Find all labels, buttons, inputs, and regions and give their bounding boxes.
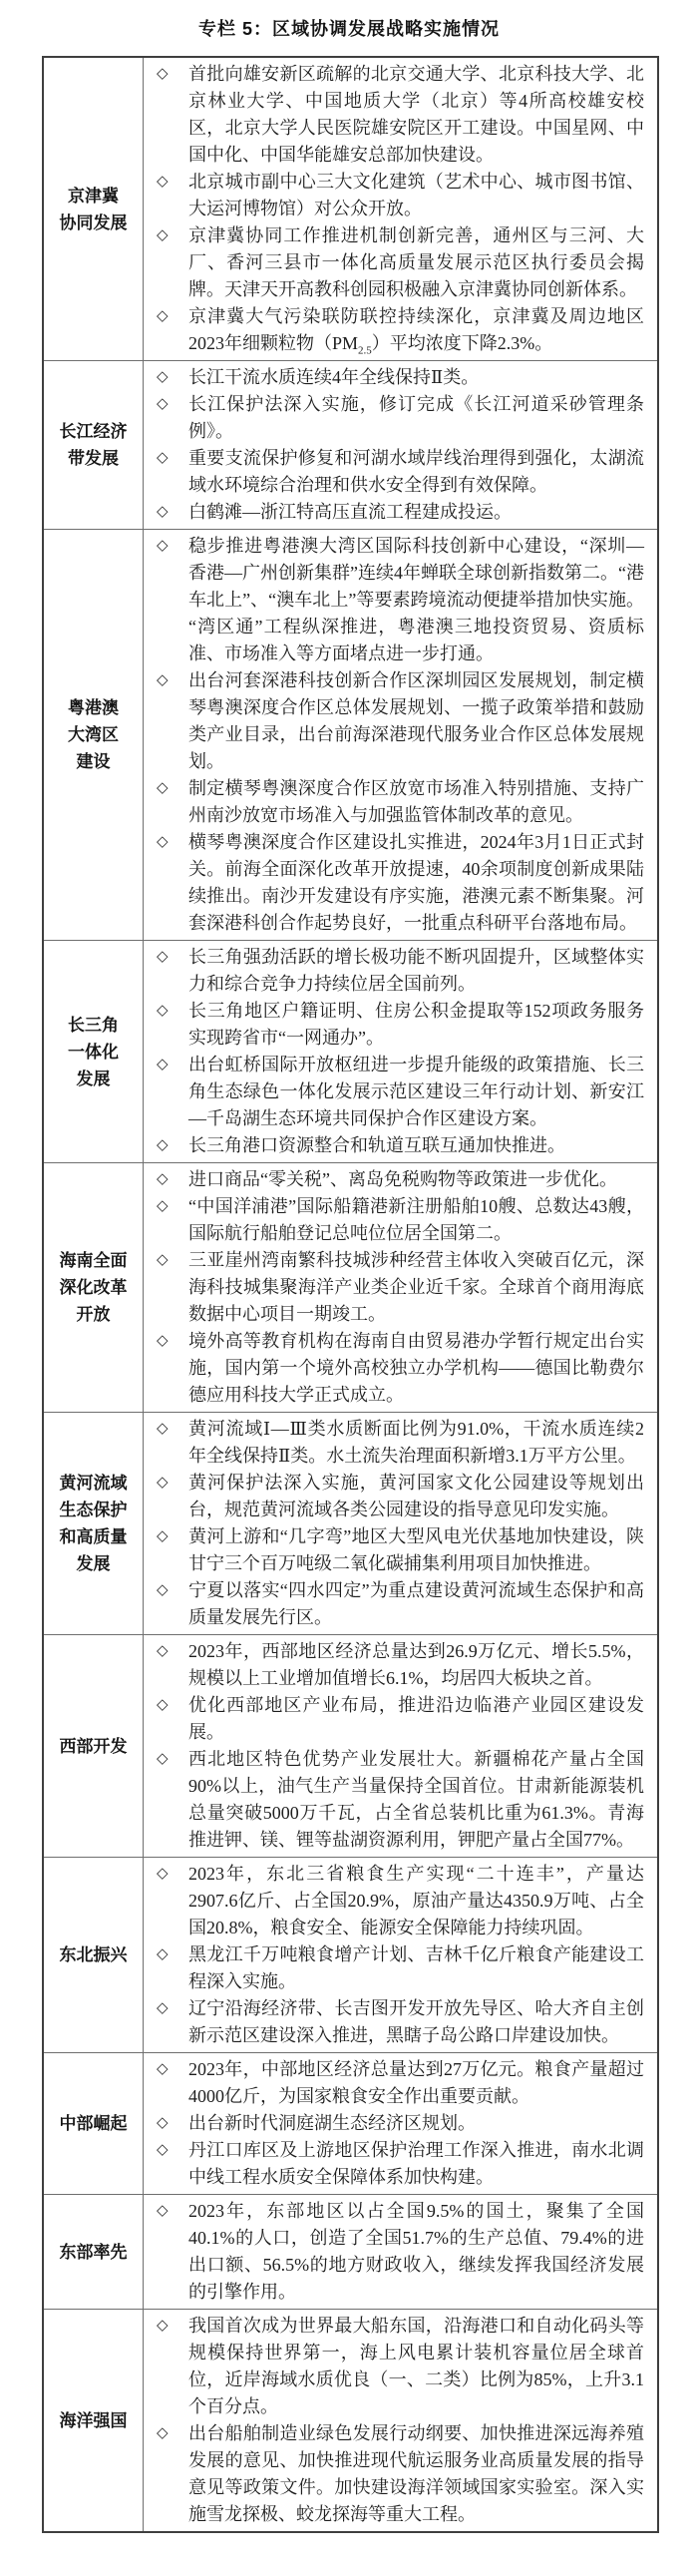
bullet-item-text: 2023年，西部地区经济总量达到26.9万亿元、增长5.5%，规模以上工业增加值… <box>188 1638 644 1692</box>
list-item: ◇制定横琴粤澳深度合作区放宽市场准入特别措施、支持广州南沙放宽市场准入与加强监管… <box>144 775 644 829</box>
diamond-bullet-icon: ◇ <box>144 775 188 802</box>
list-item: ◇出台新时代洞庭湖生态经济区规划。 <box>144 2110 644 2137</box>
list-item: ◇长三角强劲活跃的增长极功能不断巩固提升，区域整体实力和综合竞争力持续位居全国前… <box>144 944 644 998</box>
row-content: ◇稳步推进粤港澳大湾区国际科技创新中心建设，“深圳—香港—广州创新集群”连续4年… <box>144 530 657 940</box>
table-row: 长江经济带发展◇长江干流水质连续4年全线保持Ⅱ类。◇长江保护法深入实施，修订完成… <box>44 360 657 529</box>
diamond-bullet-icon: ◇ <box>144 169 188 196</box>
table-row: 东北振兴◇2023年，东北三省粮食生产实现“二十连丰”，产量达2907.6亿斤、… <box>44 1857 657 2052</box>
list-item: ◇黑龙江千万吨粮食增产计划、吉林千亿斤粮食产能建设工程深入实施。 <box>144 1941 644 1995</box>
table-row: 长三角一体化发展◇长三角强劲活跃的增长极功能不断巩固提升，区域整体实力和综合竞争… <box>44 940 657 1162</box>
pm25-subscript: 2.5 <box>358 345 372 357</box>
region-label: 东北振兴 <box>44 1858 144 2052</box>
diamond-bullet-icon: ◇ <box>144 303 188 330</box>
region-label: 海洋强国 <box>44 2310 144 2531</box>
region-label-line: 发展 <box>77 1066 111 1092</box>
bullet-item-text: 长三角港口资源整合和轨道互联互通加快推进。 <box>188 1132 644 1159</box>
region-label-line: 黄河流域 <box>60 1470 128 1497</box>
bullet-item-text: 出台船舶制造业绿色发展行动纲要、加快推进深远海养殖发展的意见、加快推进现代航运服… <box>188 2420 644 2528</box>
region-label: 长三角一体化发展 <box>44 941 144 1162</box>
list-item: ◇2023年，西部地区经济总量达到26.9万亿元、增长5.5%，规模以上工业增加… <box>144 1638 644 1692</box>
diamond-bullet-icon: ◇ <box>144 1416 188 1443</box>
list-item: ◇京津冀协同工作推进机制创新完善，通州区与三河、大厂、香河三县市一体化高质量发展… <box>144 222 644 303</box>
diamond-bullet-icon: ◇ <box>144 667 188 694</box>
region-label-line: 一体化 <box>68 1039 119 1066</box>
region-label: 中部崛起 <box>44 2053 144 2194</box>
region-label: 西部开发 <box>44 1635 144 1857</box>
bullet-item-text: 北京城市副中心三大文化建筑（艺术中心、城市图书馆、大运河博物馆）对公众开放。 <box>188 169 644 222</box>
diamond-bullet-icon: ◇ <box>144 2313 188 2340</box>
row-content: ◇长江干流水质连续4年全线保持Ⅱ类。◇长江保护法深入实施，修订完成《长江河道采砂… <box>144 361 657 529</box>
diamond-bullet-icon: ◇ <box>144 1328 188 1355</box>
bullet-item-text: 丹江口库区及上游地区保护治理工作深入推进，南水北调中线工程水质安全保障体系加快构… <box>188 2137 644 2191</box>
list-item: ◇北京城市副中心三大文化建筑（艺术中心、城市图书馆、大运河博物馆）对公众开放。 <box>144 169 644 222</box>
bullet-item-text: 黄河流域Ⅰ—Ⅲ类水质断面比例为91.0%，干流水质连续2年全线保持Ⅱ类。水土流失… <box>188 1416 644 1470</box>
bullet-item-text: 出台河套深港科技创新合作区深圳园区发展规划，制定横琴粤澳深度合作区总体发展规划、… <box>188 667 644 775</box>
region-label-line: 东北振兴 <box>60 1941 128 1968</box>
row-content: ◇黄河流域Ⅰ—Ⅲ类水质断面比例为91.0%，干流水质连续2年全线保持Ⅱ类。水土流… <box>144 1413 657 1634</box>
page-title: 专栏 5：区域协调发展战略实施情况 <box>0 0 698 56</box>
row-content: ◇2023年，西部地区经济总量达到26.9万亿元、增长5.5%，规模以上工业增加… <box>144 1635 657 1857</box>
region-strategy-table: 京津冀协同发展◇首批向雄安新区疏解的北京交通大学、北京科技大学、北京林业大学、中… <box>42 56 659 2533</box>
bullet-item-text: 出台虹桥国际开放枢纽进一步提升能级的政策措施、长三角生态绿色一体化发展示范区建设… <box>188 1052 644 1132</box>
bullet-item-text: 稳步推进粤港澳大湾区国际科技创新中心建设，“深圳—香港—广州创新集群”连续4年蝉… <box>188 533 644 667</box>
bullet-item-text: 出台新时代洞庭湖生态经济区规划。 <box>188 2110 644 2137</box>
table-row: 海洋强国◇我国首次成为世界最大船东国，沿海港口和自动化码头等规模保持世界第一，海… <box>44 2309 657 2531</box>
diamond-bullet-icon: ◇ <box>144 1577 188 1604</box>
row-content: ◇2023年，中部地区经济总量达到27万亿元。粮食产量超过4000亿斤，为国家粮… <box>144 2053 657 2194</box>
region-label-line: 和高质量 <box>60 1523 128 1550</box>
diamond-bullet-icon: ◇ <box>144 533 188 560</box>
list-item: ◇长三角港口资源整合和轨道互联互通加快推进。 <box>144 1132 644 1159</box>
table-row: 中部崛起◇2023年，中部地区经济总量达到27万亿元。粮食产量超过4000亿斤，… <box>44 2052 657 2194</box>
diamond-bullet-icon: ◇ <box>144 445 188 472</box>
bullet-item-text: 黑龙江千万吨粮食增产计划、吉林千亿斤粮食产能建设工程深入实施。 <box>188 1941 644 1995</box>
row-content: ◇首批向雄安新区疏解的北京交通大学、北京科技大学、北京林业大学、中国地质大学（北… <box>144 58 657 360</box>
diamond-bullet-icon: ◇ <box>144 2198 188 2225</box>
bullet-item-text: 长三角强劲活跃的增长极功能不断巩固提升，区域整体实力和综合竞争力持续位居全国前列… <box>188 944 644 998</box>
diamond-bullet-icon: ◇ <box>144 364 188 391</box>
diamond-bullet-icon: ◇ <box>144 944 188 971</box>
row-content: ◇2023年，东北三省粮食生产实现“二十连丰”，产量达2907.6亿斤、占全国2… <box>144 1858 657 2052</box>
region-label-line: 东部率先 <box>60 2239 128 2266</box>
bullet-item-text: 横琴粤澳深度合作区建设扎实推进，2024年3月1日正式封关。前海全面深化改革开放… <box>188 829 644 937</box>
diamond-bullet-icon: ◇ <box>144 1941 188 1968</box>
region-label-line: 建设 <box>77 748 111 775</box>
diamond-bullet-icon: ◇ <box>144 391 188 418</box>
document-page: { "title": "专栏 5：区域协调发展战略实施情况", "colors"… <box>0 0 698 2576</box>
list-item: ◇出台虹桥国际开放枢纽进一步提升能级的政策措施、长三角生态绿色一体化发展示范区建… <box>144 1052 644 1132</box>
diamond-bullet-icon: ◇ <box>144 1692 188 1719</box>
list-item: ◇长江保护法深入实施，修订完成《长江河道采砂管理条例》。 <box>144 391 644 445</box>
region-label-line: 粤港澳 <box>68 694 119 721</box>
list-item: ◇优化西部地区产业布局，推进沿边临港产业园区建设发展。 <box>144 1692 644 1746</box>
region-label-line: 生态保护 <box>60 1497 128 1523</box>
list-item: ◇首批向雄安新区疏解的北京交通大学、北京科技大学、北京林业大学、中国地质大学（北… <box>144 61 644 169</box>
region-label: 长江经济带发展 <box>44 361 144 529</box>
row-content: ◇进口商品“零关税”、离岛免税购物等政策进一步优化。◇“中国洋浦港”国际船籍港新… <box>144 1163 657 1412</box>
list-item: ◇2023年，中部地区经济总量达到27万亿元。粮食产量超过4000亿斤，为国家粮… <box>144 2056 644 2110</box>
region-label-line: 大湾区 <box>68 721 119 748</box>
region-label: 海南全面深化改革开放 <box>44 1163 144 1412</box>
bullet-item-text: 长江保护法深入实施，修订完成《长江河道采砂管理条例》。 <box>188 391 644 445</box>
diamond-bullet-icon: ◇ <box>144 2110 188 2137</box>
diamond-bullet-icon: ◇ <box>144 1861 188 1888</box>
bullet-item-text: 境外高等教育机构在海南自由贸易港办学暂行规定出台实施，国内第一个境外高校独立办学… <box>188 1328 644 1409</box>
list-item: ◇长三角地区户籍证明、住房公积金提取等152项政务服务实现跨省市“一网通办”。 <box>144 998 644 1052</box>
list-item: ◇稳步推进粤港澳大湾区国际科技创新中心建设，“深圳—香港—广州创新集群”连续4年… <box>144 533 644 667</box>
list-item: ◇宁夏以落实“四水四定”为重点建设黄河流域生态保护和高质量发展先行区。 <box>144 1577 644 1631</box>
table-row: 京津冀协同发展◇首批向雄安新区疏解的北京交通大学、北京科技大学、北京林业大学、中… <box>44 58 657 360</box>
region-label-line: 开放 <box>77 1301 111 1328</box>
row-content: ◇长三角强劲活跃的增长极功能不断巩固提升，区域整体实力和综合竞争力持续位居全国前… <box>144 941 657 1162</box>
list-item: ◇出台河套深港科技创新合作区深圳园区发展规划，制定横琴粤澳深度合作区总体发展规划… <box>144 667 644 775</box>
list-item: ◇“中国洋浦港”国际船籍港新注册船舶10艘、总数达43艘，国际航行船舶登记总吨位… <box>144 1193 644 1247</box>
bullet-item-text: 首批向雄安新区疏解的北京交通大学、北京科技大学、北京林业大学、中国地质大学（北京… <box>188 61 644 169</box>
region-label-line: 海南全面 <box>60 1247 128 1274</box>
region-label-line: 长三角 <box>68 1012 119 1039</box>
table-row: 黄河流域生态保护和高质量发展◇黄河流域Ⅰ—Ⅲ类水质断面比例为91.0%，干流水质… <box>44 1412 657 1634</box>
diamond-bullet-icon: ◇ <box>144 1523 188 1550</box>
diamond-bullet-icon: ◇ <box>144 222 188 249</box>
list-item: ◇我国首次成为世界最大船东国，沿海港口和自动化码头等规模保持世界第一，海上风电累… <box>144 2313 644 2420</box>
table-row: 海南全面深化改革开放◇进口商品“零关税”、离岛免税购物等政策进一步优化。◇“中国… <box>44 1162 657 1412</box>
row-content: ◇2023年，东部地区以占全国9.5%的国土，聚集了全国40.1%的人口，创造了… <box>144 2195 657 2309</box>
region-label-line: 西部开发 <box>60 1733 128 1760</box>
table-row: 西部开发◇2023年，西部地区经济总量达到26.9万亿元、增长5.5%，规模以上… <box>44 1634 657 1857</box>
bullet-item-text: 2023年，中部地区经济总量达到27万亿元。粮食产量超过4000亿斤，为国家粮食… <box>188 2056 644 2110</box>
bullet-item-text: 白鹤滩—浙江特高压直流工程建成投运。 <box>188 499 644 526</box>
region-label-line: 京津冀 <box>68 183 119 210</box>
list-item: ◇黄河保护法深入实施，黄河国家文化公园建设等规划出台，规范黄河流域各类公园建设的… <box>144 1470 644 1523</box>
bullet-item-text: 京津冀协同工作推进机制创新完善，通州区与三河、大厂、香河三县市一体化高质量发展示… <box>188 222 644 303</box>
bullet-item-text: 长三角地区户籍证明、住房公积金提取等152项政务服务实现跨省市“一网通办”。 <box>188 998 644 1052</box>
list-item: ◇2023年，东北三省粮食生产实现“二十连丰”，产量达2907.6亿斤、占全国2… <box>144 1861 644 1941</box>
diamond-bullet-icon: ◇ <box>144 998 188 1025</box>
diamond-bullet-icon: ◇ <box>144 1166 188 1193</box>
diamond-bullet-icon: ◇ <box>144 61 188 88</box>
bullet-item-text: 宁夏以落实“四水四定”为重点建设黄河流域生态保护和高质量发展先行区。 <box>188 1577 644 1631</box>
bullet-item-text: 进口商品“零关税”、离岛免税购物等政策进一步优化。 <box>188 1166 644 1193</box>
diamond-bullet-icon: ◇ <box>144 1132 188 1159</box>
bullet-item-text: 西北地区特色优势产业发展壮大。新疆棉花产量占全国90%以上，油气生产当量保持全国… <box>188 1746 644 1854</box>
table-row: 东部率先◇2023年，东部地区以占全国9.5%的国土，聚集了全国40.1%的人口… <box>44 2194 657 2309</box>
list-item: ◇西北地区特色优势产业发展壮大。新疆棉花产量占全国90%以上，油气生产当量保持全… <box>144 1746 644 1854</box>
diamond-bullet-icon: ◇ <box>144 2137 188 2164</box>
bullet-item-text: 制定横琴粤澳深度合作区放宽市场准入特别措施、支持广州南沙放宽市场准入与加强监管体… <box>188 775 644 829</box>
region-label: 粤港澳大湾区建设 <box>44 530 144 940</box>
list-item: ◇长江干流水质连续4年全线保持Ⅱ类。 <box>144 364 644 391</box>
bullet-item-text: 黄河上游和“几字弯”地区大型风电光伏基地加快建设，陕甘宁三个百万吨级二氧化碳捕集… <box>188 1523 644 1577</box>
list-item: ◇横琴粤澳深度合作区建设扎实推进，2024年3月1日正式封关。前海全面深化改革开… <box>144 829 644 937</box>
bullet-item-text: 京津冀大气污染联防联控持续深化，京津冀及周边地区2023年细颗粒物（PM2.5）… <box>188 303 644 357</box>
list-item: ◇丹江口库区及上游地区保护治理工作深入推进，南水北调中线工程水质安全保障体系加快… <box>144 2137 644 2191</box>
bullet-item-text: 黄河保护法深入实施，黄河国家文化公园建设等规划出台，规范黄河流域各类公园建设的指… <box>188 1470 644 1523</box>
list-item: ◇黄河流域Ⅰ—Ⅲ类水质断面比例为91.0%，干流水质连续2年全线保持Ⅱ类。水土流… <box>144 1416 644 1470</box>
bullet-item-text: 我国首次成为世界最大船东国，沿海港口和自动化码头等规模保持世界第一，海上风电累计… <box>188 2313 644 2420</box>
region-label-line: 发展 <box>77 1550 111 1577</box>
region-label-line: 长江经济 <box>60 418 128 445</box>
diamond-bullet-icon: ◇ <box>144 499 188 526</box>
diamond-bullet-icon: ◇ <box>144 1746 188 1773</box>
region-label: 东部率先 <box>44 2195 144 2309</box>
list-item: ◇三亚崖州湾南繁科技城涉种经营主体收入突破百亿元，深海科技城集聚海洋产业类企业近… <box>144 1247 644 1328</box>
diamond-bullet-icon: ◇ <box>144 1247 188 1274</box>
region-label: 黄河流域生态保护和高质量发展 <box>44 1413 144 1634</box>
region-label-line: 协同发展 <box>60 210 128 236</box>
row-content: ◇我国首次成为世界最大船东国，沿海港口和自动化码头等规模保持世界第一，海上风电累… <box>144 2310 657 2531</box>
list-item: ◇2023年，东部地区以占全国9.5%的国土，聚集了全国40.1%的人口，创造了… <box>144 2198 644 2306</box>
list-item: ◇辽宁沿海经济带、长吉图开发开放先导区、哈大齐自主创新示范区建设深入推进，黑瞎子… <box>144 1995 644 2049</box>
region-label-line: 带发展 <box>68 445 119 472</box>
region-label-line: 海洋强国 <box>60 2407 128 2434</box>
diamond-bullet-icon: ◇ <box>144 1470 188 1497</box>
bullet-item-text: 2023年，东北三省粮食生产实现“二十连丰”，产量达2907.6亿斤、占全国20… <box>188 1861 644 1941</box>
list-item: ◇白鹤滩—浙江特高压直流工程建成投运。 <box>144 499 644 526</box>
diamond-bullet-icon: ◇ <box>144 829 188 856</box>
region-label-line: 中部崛起 <box>60 2110 128 2137</box>
bullet-item-text: 重要支流保护修复和河湖水域岸线治理得到强化，太湖流域水环境综合治理和供水安全得到… <box>188 445 644 499</box>
list-item: ◇重要支流保护修复和河湖水域岸线治理得到强化，太湖流域水环境综合治理和供水安全得… <box>144 445 644 499</box>
region-label: 京津冀协同发展 <box>44 58 144 360</box>
list-item: ◇境外高等教育机构在海南自由贸易港办学暂行规定出台实施，国内第一个境外高校独立办… <box>144 1328 644 1409</box>
bullet-item-text: 优化西部地区产业布局，推进沿边临港产业园区建设发展。 <box>188 1692 644 1746</box>
bullet-item-text: 辽宁沿海经济带、长吉图开发开放先导区、哈大齐自主创新示范区建设深入推进，黑瞎子岛… <box>188 1995 644 2049</box>
diamond-bullet-icon: ◇ <box>144 2056 188 2083</box>
list-item: ◇黄河上游和“几字弯”地区大型风电光伏基地加快建设，陕甘宁三个百万吨级二氧化碳捕… <box>144 1523 644 1577</box>
list-item: ◇京津冀大气污染联防联控持续深化，京津冀及周边地区2023年细颗粒物（PM2.5… <box>144 303 644 357</box>
diamond-bullet-icon: ◇ <box>144 1193 188 1220</box>
diamond-bullet-icon: ◇ <box>144 1052 188 1078</box>
region-label-line: 深化改革 <box>60 1274 128 1301</box>
bullet-item-text: 三亚崖州湾南繁科技城涉种经营主体收入突破百亿元，深海科技城集聚海洋产业类企业近千… <box>188 1247 644 1328</box>
diamond-bullet-icon: ◇ <box>144 1638 188 1665</box>
table-row: 粤港澳大湾区建设◇稳步推进粤港澳大湾区国际科技创新中心建设，“深圳—香港—广州创… <box>44 529 657 940</box>
diamond-bullet-icon: ◇ <box>144 1995 188 2022</box>
bullet-item-text: “中国洋浦港”国际船籍港新注册船舶10艘、总数达43艘，国际航行船舶登记总吨位位… <box>188 1193 644 1247</box>
bullet-item-text: 2023年，东部地区以占全国9.5%的国土，聚集了全国40.1%的人口，创造了全… <box>188 2198 644 2306</box>
list-item: ◇进口商品“零关税”、离岛免税购物等政策进一步优化。 <box>144 1166 644 1193</box>
diamond-bullet-icon: ◇ <box>144 2420 188 2447</box>
bullet-item-text: 长江干流水质连续4年全线保持Ⅱ类。 <box>188 364 644 391</box>
list-item: ◇出台船舶制造业绿色发展行动纲要、加快推进深远海养殖发展的意见、加快推进现代航运… <box>144 2420 644 2528</box>
